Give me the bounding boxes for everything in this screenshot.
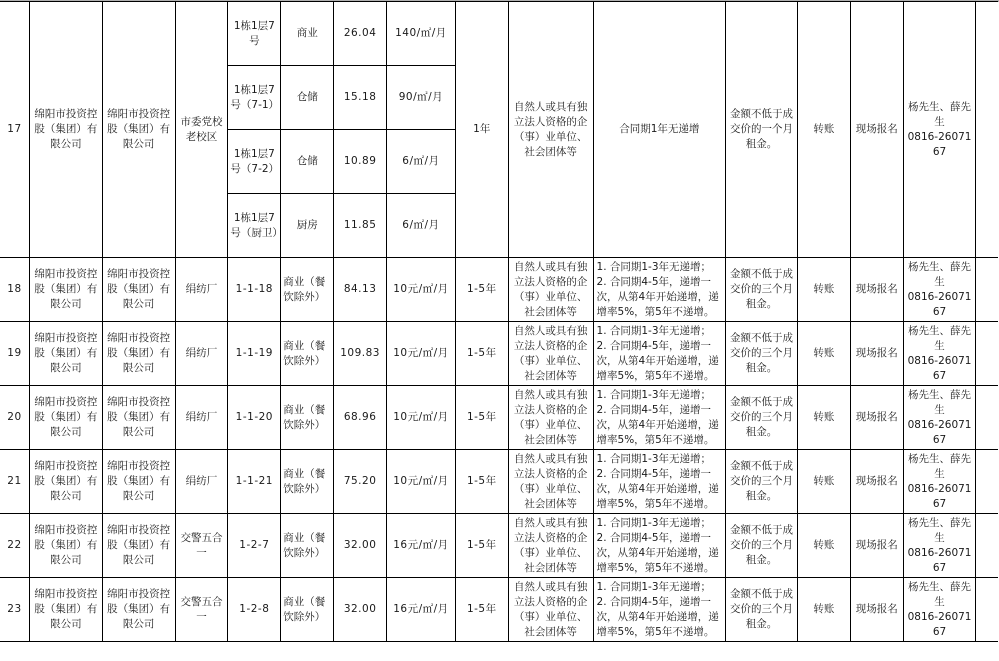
unit-cell: 1-1-21	[228, 450, 281, 514]
contact-name: 杨先生、薛先生	[908, 389, 971, 416]
row-index: 17	[0, 2, 29, 258]
unit-cell: 1栋1层7号（7-1）	[228, 66, 281, 130]
registration-cell: 现场报名	[850, 386, 903, 450]
price-cell: 6/㎡/月	[387, 130, 456, 194]
increase-rule-2: 2. 合同期4-5年，递增一次，从第4年开始递增，递增率5%，第5年不递增。	[597, 275, 723, 320]
contact-cell: 杨先生、薛先生0816-2607167	[903, 386, 976, 450]
table-row: 20 绵阳市投资控股（集团）有限公司 绵阳市投资控股（集团）有限公司 绢纺厂 1…	[0, 386, 998, 450]
contact-phone: 0816-2607167	[908, 483, 972, 510]
registration-cell: 现场报名	[850, 258, 903, 322]
owner-cell: 绵阳市投资控股（集团）有限公司	[29, 386, 102, 450]
increase-rule-2: 2. 合同期4-5年，递增一次，从第4年开始递增，递增率5%，第5年不递增。	[597, 531, 723, 576]
use-cell: 仓储	[281, 130, 334, 194]
unit-cell: 1-2-8	[228, 578, 281, 642]
unit-cell: 1-1-20	[228, 386, 281, 450]
lessor-cell: 绵阳市投资控股（集团）有限公司	[102, 514, 175, 578]
table-row: 18 绵阳市投资控股（集团）有限公司 绵阳市投资控股（集团）有限公司 绢纺厂 1…	[0, 258, 998, 322]
term-cell: 1-5年	[455, 258, 508, 322]
area-cell: 15.18	[334, 66, 387, 130]
eligibility-cell: 自然人或具有独立法人资格的企（事）业单位、社会团体等	[508, 514, 593, 578]
increase-cell: 1. 合同期1-3年无递增；2. 合同期4-5年，递增一次，从第4年开始递增，递…	[593, 386, 726, 450]
unit-cell: 1栋1层7号（7-2）	[228, 130, 281, 194]
area-cell: 84.13	[334, 258, 387, 322]
term-cell: 1-5年	[455, 386, 508, 450]
blank-cell	[976, 386, 998, 450]
table-row: 19 绵阳市投资控股（集团）有限公司 绵阳市投资控股（集团）有限公司 绢纺厂 1…	[0, 322, 998, 386]
price-cell: 16元/㎡/月	[387, 514, 456, 578]
lessor-cell: 绵阳市投资控股（集团）有限公司	[102, 322, 175, 386]
increase-rule-2: 2. 合同期4-5年，递增一次，从第4年开始递增，递增率5%，第5年不递增。	[597, 467, 723, 512]
table-row: 22 绵阳市投资控股（集团）有限公司 绵阳市投资控股（集团）有限公司 交警五合一…	[0, 514, 998, 578]
contact-cell: 杨先生、薛先生0816-2607167	[903, 322, 976, 386]
row-index: 19	[0, 322, 29, 386]
term-cell: 1-5年	[455, 322, 508, 386]
price-cell: 6/㎡/月	[387, 194, 456, 258]
blank-cell	[976, 258, 998, 322]
contact-cell: 杨先生、薛先生0816-2607167	[903, 514, 976, 578]
increase-rule-2: 2. 合同期4-5年，递增一次，从第4年开始递增，递增率5%，第5年不递增。	[597, 595, 723, 640]
lessor-cell: 绵阳市投资控股（集团）有限公司	[102, 578, 175, 642]
area-cell: 109.83	[334, 322, 387, 386]
eligibility-cell: 自然人或具有独立法人资格的企（事）业单位、社会团体等	[508, 258, 593, 322]
contact-phone: 0816-2607167	[908, 291, 972, 318]
payment-cell: 转账	[797, 322, 850, 386]
area-cell: 11.85	[334, 194, 387, 258]
term-cell: 1年	[455, 2, 508, 258]
location-cell: 绢纺厂	[175, 450, 228, 514]
row-index: 21	[0, 450, 29, 514]
location-cell: 交警五合一	[175, 578, 228, 642]
registration-cell: 现场报名	[850, 322, 903, 386]
payment-cell: 转账	[797, 450, 850, 514]
blank-cell	[976, 514, 998, 578]
unit-cell: 1-1-19	[228, 322, 281, 386]
eligibility-cell: 自然人或具有独立法人资格的企（事）业单位、社会团体等	[508, 2, 593, 258]
increase-cell: 1. 合同期1-3年无递增；2. 合同期4-5年，递增一次，从第4年开始递增，递…	[593, 322, 726, 386]
owner-cell: 绵阳市投资控股（集团）有限公司	[29, 322, 102, 386]
price-cell: 10元/㎡/月	[387, 258, 456, 322]
owner-cell: 绵阳市投资控股（集团）有限公司	[29, 514, 102, 578]
price-cell: 10元/㎡/月	[387, 386, 456, 450]
table-row: 21 绵阳市投资控股（集团）有限公司 绵阳市投资控股（集团）有限公司 绢纺厂 1…	[0, 450, 998, 514]
eligibility-cell: 自然人或具有独立法人资格的企（事）业单位、社会团体等	[508, 322, 593, 386]
area-cell: 68.96	[334, 386, 387, 450]
row-index: 22	[0, 514, 29, 578]
use-cell: 商业（餐饮除外）	[281, 258, 334, 322]
increase-rule-1: 1. 合同期1-3年无递增；	[597, 388, 723, 403]
increase-cell: 1. 合同期1-3年无递增；2. 合同期4-5年，递增一次，从第4年开始递增，递…	[593, 258, 726, 322]
owner-cell: 绵阳市投资控股（集团）有限公司	[29, 2, 102, 258]
increase-cell: 1. 合同期1-3年无递增；2. 合同期4-5年，递增一次，从第4年开始递增，递…	[593, 514, 726, 578]
unit-cell: 1-1-18	[228, 258, 281, 322]
contact-cell: 杨先生、薛先生 0816-2607167	[903, 2, 976, 258]
payment-cell: 转账	[797, 514, 850, 578]
location-cell: 绢纺厂	[175, 322, 228, 386]
increase-rule-2: 2. 合同期4-5年，递增一次，从第4年开始递增，递增率5%，第5年不递增。	[597, 403, 723, 448]
table-row: 23 绵阳市投资控股（集团）有限公司 绵阳市投资控股（集团）有限公司 交警五合一…	[0, 578, 998, 642]
blank-cell	[976, 322, 998, 386]
contact-phone: 0816-2607167	[908, 611, 972, 638]
contact-phone: 0816-2607167	[908, 131, 972, 158]
area-cell: 75.20	[334, 450, 387, 514]
owner-cell: 绵阳市投资控股（集团）有限公司	[29, 578, 102, 642]
contact-cell: 杨先生、薛先生0816-2607167	[903, 450, 976, 514]
price-cell: 90/㎡/月	[387, 66, 456, 130]
area-cell: 10.89	[334, 130, 387, 194]
increase-rule-2: 2. 合同期4-5年，递增一次，从第4年开始递增，递增率5%，第5年不递增。	[597, 339, 723, 384]
use-cell: 商业	[281, 2, 334, 66]
row-index: 20	[0, 386, 29, 450]
contact-phone: 0816-2607167	[908, 419, 972, 446]
table-row-17: 17 绵阳市投资控股（集团）有限公司 绵阳市投资控股（集团）有限公司 市委党校老…	[0, 2, 998, 66]
owner-cell: 绵阳市投资控股（集团）有限公司	[29, 258, 102, 322]
lessor-cell: 绵阳市投资控股（集团）有限公司	[102, 386, 175, 450]
registration-cell: 现场报名	[850, 578, 903, 642]
increase-cell: 1. 合同期1-3年无递增；2. 合同期4-5年，递增一次，从第4年开始递增，递…	[593, 578, 726, 642]
contact-phone: 0816-2607167	[908, 547, 972, 574]
unit-cell: 1-2-7	[228, 514, 281, 578]
contact-name: 杨先生、薛先生	[908, 517, 971, 544]
deposit-cell: 金额不低于成交价的一个月租金。	[726, 2, 798, 258]
increase-rule-1: 1. 合同期1-3年无递增；	[597, 452, 723, 467]
eligibility-cell: 自然人或具有独立法人资格的企（事）业单位、社会团体等	[508, 578, 593, 642]
use-cell: 商业（餐饮除外）	[281, 578, 334, 642]
area-cell: 32.00	[334, 578, 387, 642]
contact-cell: 杨先生、薛先生0816-2607167	[903, 578, 976, 642]
payment-cell: 转账	[797, 258, 850, 322]
lessor-cell: 绵阳市投资控股（集团）有限公司	[102, 450, 175, 514]
eligibility-cell: 自然人或具有独立法人资格的企（事）业单位、社会团体等	[508, 450, 593, 514]
payment-cell: 转账	[797, 2, 850, 258]
payment-cell: 转账	[797, 578, 850, 642]
contact-name: 杨先生、薛先生	[908, 581, 971, 608]
price-cell: 10元/㎡/月	[387, 322, 456, 386]
increase-rule-1: 1. 合同期1-3年无递增；	[597, 260, 723, 275]
row-index: 18	[0, 258, 29, 322]
use-cell: 商业（餐饮除外）	[281, 386, 334, 450]
contact-name: 杨先生、薛先生	[908, 101, 971, 128]
contact-name: 杨先生、薛先生	[908, 261, 971, 288]
deposit-cell: 金额不低于成交价的三个月租金。	[726, 258, 798, 322]
use-cell: 商业（餐饮除外）	[281, 450, 334, 514]
blank-cell	[976, 578, 998, 642]
lessor-cell: 绵阳市投资控股（集团）有限公司	[102, 258, 175, 322]
term-cell: 1-5年	[455, 450, 508, 514]
increase-rule-1: 1. 合同期1-3年无递增；	[597, 516, 723, 531]
deposit-cell: 金额不低于成交价的三个月租金。	[726, 322, 798, 386]
unit-cell: 1栋1层7号	[228, 2, 281, 66]
payment-cell: 转账	[797, 386, 850, 450]
rental-listing-table: 17 绵阳市投资控股（集团）有限公司 绵阳市投资控股（集团）有限公司 市委党校老…	[0, 1, 998, 642]
blank-cell	[976, 450, 998, 514]
area-cell: 26.04	[334, 2, 387, 66]
deposit-cell: 金额不低于成交价的三个月租金。	[726, 386, 798, 450]
lessor-cell: 绵阳市投资控股（集团）有限公司	[102, 2, 175, 258]
use-cell: 商业（餐饮除外）	[281, 322, 334, 386]
location-cell: 交警五合一	[175, 514, 228, 578]
price-cell: 10元/㎡/月	[387, 450, 456, 514]
registration-cell: 现场报名	[850, 2, 903, 258]
increase-rule-1: 1. 合同期1-3年无递增；	[597, 324, 723, 339]
contact-name: 杨先生、薛先生	[908, 453, 971, 480]
registration-cell: 现场报名	[850, 514, 903, 578]
contact-cell: 杨先生、薛先生0816-2607167	[903, 258, 976, 322]
owner-cell: 绵阳市投资控股（集团）有限公司	[29, 450, 102, 514]
contact-name: 杨先生、薛先生	[908, 325, 971, 352]
use-cell: 商业（餐饮除外）	[281, 514, 334, 578]
use-cell: 仓储	[281, 66, 334, 130]
row-index: 23	[0, 578, 29, 642]
price-cell: 140/㎡/月	[387, 2, 456, 66]
term-cell: 1-5年	[455, 514, 508, 578]
location-cell: 绢纺厂	[175, 258, 228, 322]
increase-rule-1: 1. 合同期1-3年无递增；	[597, 580, 723, 595]
location-cell: 绢纺厂	[175, 386, 228, 450]
deposit-cell: 金额不低于成交价的三个月租金。	[726, 450, 798, 514]
deposit-cell: 金额不低于成交价的三个月租金。	[726, 578, 798, 642]
increase-cell: 1. 合同期1-3年无递增；2. 合同期4-5年，递增一次，从第4年开始递增，递…	[593, 450, 726, 514]
deposit-cell: 金额不低于成交价的三个月租金。	[726, 514, 798, 578]
location-cell: 市委党校老校区	[175, 2, 228, 258]
area-cell: 32.00	[334, 514, 387, 578]
increase-cell: 合同期1年无递增	[593, 2, 726, 258]
blank-cell	[976, 2, 998, 258]
registration-cell: 现场报名	[850, 450, 903, 514]
unit-cell: 1栋1层7号（厨卫）	[228, 194, 281, 258]
term-cell: 1-5年	[455, 578, 508, 642]
contact-phone: 0816-2607167	[908, 355, 972, 382]
eligibility-cell: 自然人或具有独立法人资格的企（事）业单位、社会团体等	[508, 386, 593, 450]
use-cell: 厨房	[281, 194, 334, 258]
price-cell: 16元/㎡/月	[387, 578, 456, 642]
